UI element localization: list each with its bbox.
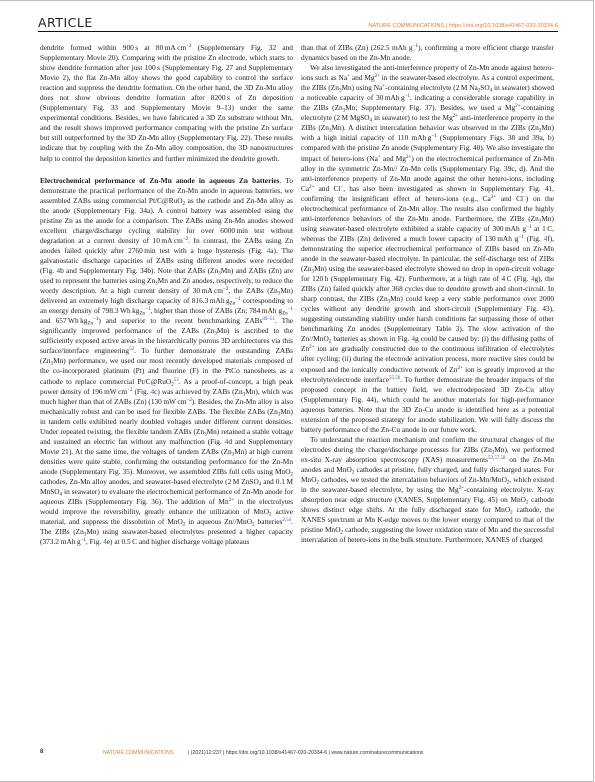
figure-link[interactable]: 4 (56, 266, 60, 275)
citation-link[interactable]: 53,57,58 (488, 456, 506, 461)
page: ARTICLE NATURE COMMUNICATIONS | https://… (0, 0, 594, 782)
journal-doi-link[interactable]: NATURE COMMUNICATIONS | https://doi.org/… (368, 23, 558, 29)
section-heading: Electrochemical performance of Zn-Mn ano… (40, 176, 280, 185)
page-footer: 8 NATURE COMMUNICATIONS | (2021)12:237 |… (40, 749, 560, 759)
citation-link[interactable]: 53 (174, 378, 179, 383)
right-column: than that of ZIBs (Zn) (262.5 mAh g−1), … (301, 43, 554, 545)
paragraph: We also investigated the anti-interferen… (301, 63, 554, 435)
citation-link[interactable]: 2,54 (282, 518, 291, 523)
paragraph: To understand the reaction mechanism and… (301, 435, 554, 546)
citation-link[interactable]: 49–51 (262, 317, 275, 322)
figure-link[interactable]: 4 (267, 246, 271, 255)
page-header: ARTICLE NATURE COMMUNICATIONS | https://… (38, 15, 558, 32)
figure-link[interactable]: 4 (225, 437, 229, 446)
footer-journal-name: NATURE COMMUNICATIONS (103, 750, 173, 756)
paragraph: dendrite formed within 900 s at 80 mA cm… (40, 43, 293, 164)
citation-link[interactable]: 52 (129, 347, 134, 352)
figure-link[interactable]: 4 (531, 274, 535, 283)
left-column: dendrite formed within 900 s at 80 mA cm… (40, 43, 293, 547)
footer-citation[interactable]: | (2021)12:237 | https://doi.org/10.1038… (188, 750, 423, 756)
paragraph: than that of ZIBs (Zn) (262.5 mAh g−1), … (301, 43, 554, 63)
paragraph: Electrochemical performance of Zn-Mn ano… (40, 176, 293, 548)
figure-link[interactable]: 4 (411, 334, 415, 343)
figure-link[interactable]: 4 (151, 387, 155, 396)
page-number: 8 (40, 749, 43, 755)
figure-link[interactable]: 4 (103, 537, 107, 546)
figure-link[interactable]: 4 (544, 234, 548, 243)
section-label: ARTICLE (38, 15, 93, 30)
citation-link[interactable]: 55,56 (389, 376, 400, 381)
